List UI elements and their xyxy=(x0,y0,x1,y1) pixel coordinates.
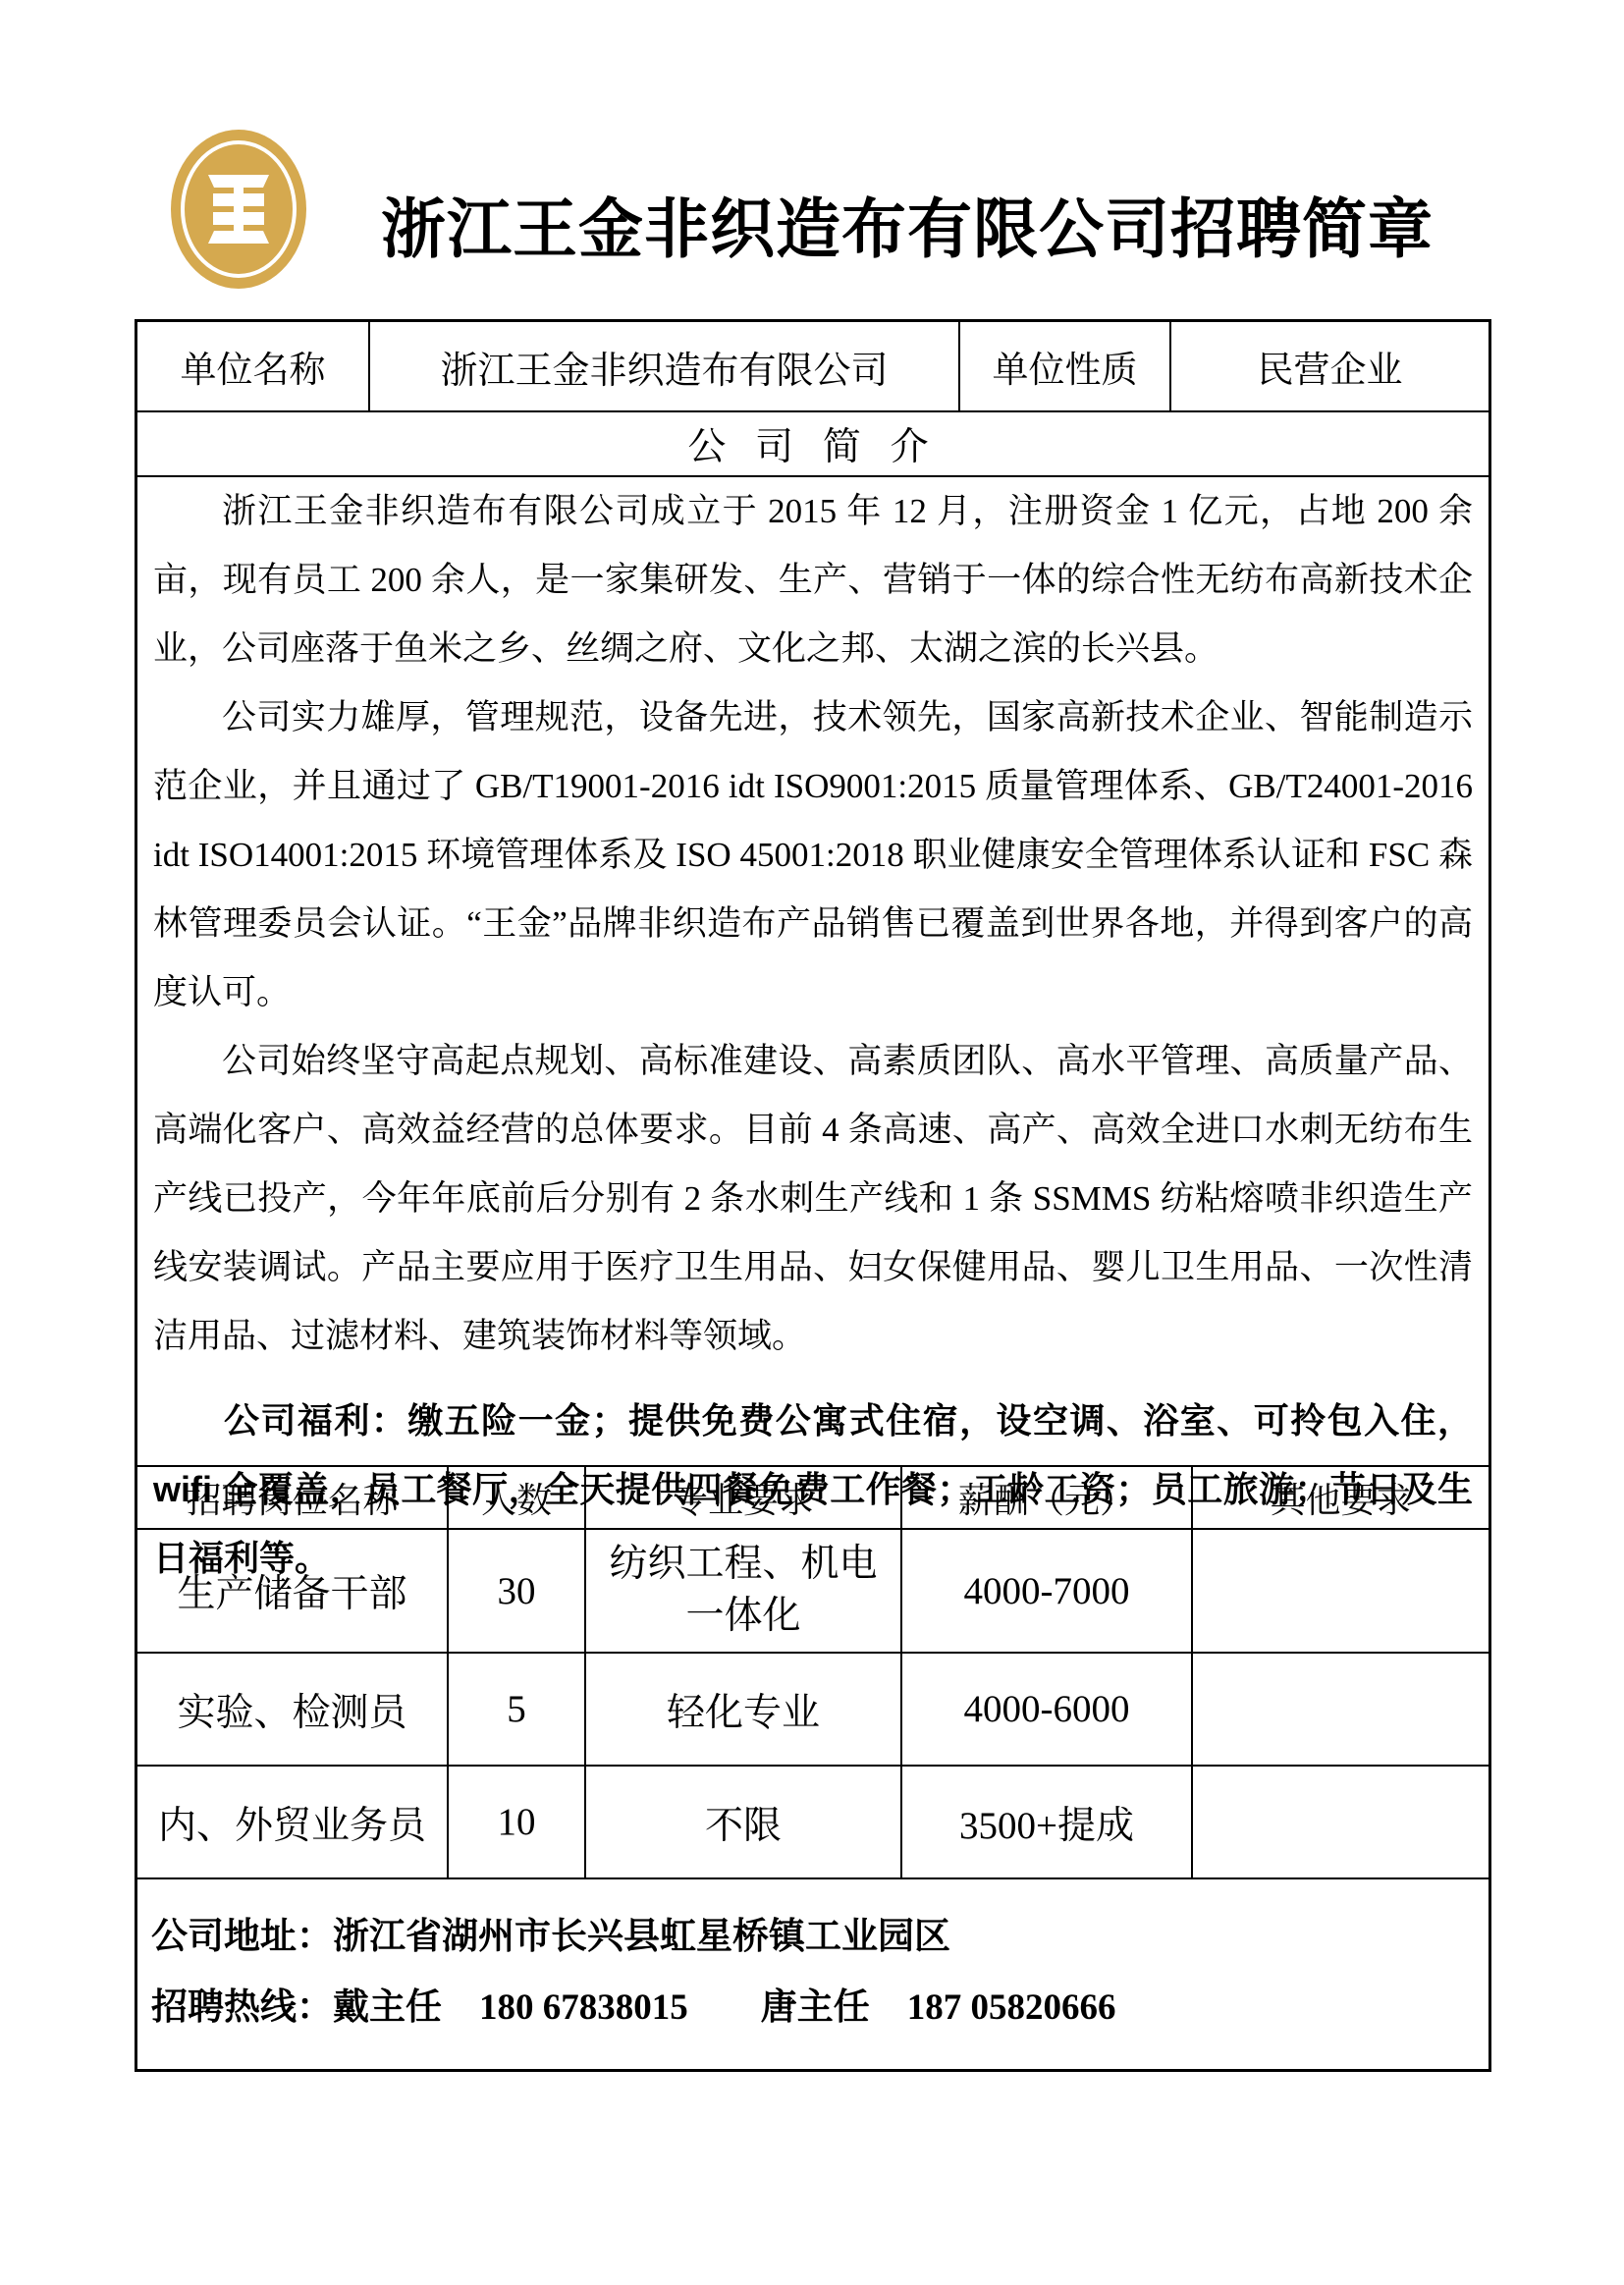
job-row: 生产储备干部 30 纺织工程、机电一体化 4000-7000 xyxy=(137,1528,1489,1652)
page-title: 浙江王金非织造布有限公司招聘简章 xyxy=(381,192,1373,267)
unit-type-label: 单位性质 xyxy=(958,322,1169,410)
document-page: 浙江王金非织造布有限公司招聘简章 单位名称 浙江王金非织造布有限公司 单位性质 … xyxy=(0,0,1624,2285)
recruitment-hotline-line: 招聘热线：戴主任180 67838015唐主任187 05820666 xyxy=(151,1972,1473,2043)
job-position-cell: 生产储备干部 xyxy=(137,1530,447,1652)
hotline-label: 招聘热线： xyxy=(151,1986,333,2027)
job-major-cell: 纺织工程、机电一体化 xyxy=(584,1530,900,1652)
jobs-header-count: 人数 xyxy=(447,1467,584,1528)
job-salary-cell: 4000-6000 xyxy=(900,1654,1191,1765)
job-other-cell xyxy=(1191,1767,1489,1877)
company-intro-row: 浙江王金非织造布有限公司成立于 2015 年 12 月，注册资金 1 亿元，占地… xyxy=(137,475,1489,1465)
job-other-cell xyxy=(1191,1654,1489,1765)
job-count-cell: 30 xyxy=(447,1530,584,1652)
wang-seal-icon xyxy=(169,128,308,291)
job-count-cell: 5 xyxy=(447,1654,584,1765)
section-header-row: 公 司 简 介 xyxy=(137,410,1489,475)
contact2-name: 唐主任 xyxy=(761,1986,870,2027)
footer-cell: 公司地址：浙江省湖州市长兴县虹星桥镇工业园区 招聘热线：戴主任180 67838… xyxy=(137,1879,1489,2069)
address-label: 公司地址： xyxy=(151,1916,333,1956)
job-row: 内、外贸业务员 10 不限 3500+提成 xyxy=(137,1765,1489,1877)
job-salary-cell: 4000-7000 xyxy=(900,1530,1191,1652)
address-value: 浙江省湖州市长兴县虹星桥镇工业园区 xyxy=(333,1916,950,1956)
unit-info-row: 单位名称 浙江王金非织造布有限公司 单位性质 民营企业 xyxy=(137,322,1489,410)
unit-name-label: 单位名称 xyxy=(137,322,368,410)
intro-paragraph-2: 公司实力雄厚，管理规范，设备先进，技术领先，国家高新技术企业、智能制造示范企业，… xyxy=(153,683,1473,1027)
jobs-header-salary: 薪酬（元） xyxy=(900,1467,1191,1528)
company-address-line: 公司地址：浙江省湖州市长兴县虹星桥镇工业园区 xyxy=(151,1901,1473,1972)
company-intro-cell: 浙江王金非织造布有限公司成立于 2015 年 12 月，注册资金 1 亿元，占地… xyxy=(137,477,1489,1465)
job-other-cell xyxy=(1191,1530,1489,1652)
jobs-header-position: 招聘岗位名称 xyxy=(137,1467,447,1528)
intro-paragraph-1: 浙江王金非织造布有限公司成立于 2015 年 12 月，注册资金 1 亿元，占地… xyxy=(153,477,1473,683)
job-count-cell: 10 xyxy=(447,1767,584,1877)
unit-type-value: 民营企业 xyxy=(1169,322,1489,410)
job-major-cell: 轻化专业 xyxy=(584,1654,900,1765)
job-position-cell: 实验、检测员 xyxy=(137,1654,447,1765)
job-position-cell: 内、外贸业务员 xyxy=(137,1767,447,1877)
contact2-phone: 187 05820666 xyxy=(907,1987,1116,2028)
company-logo xyxy=(169,128,308,291)
contact1-name: 戴主任 xyxy=(333,1986,442,2027)
job-major-cell: 不限 xyxy=(584,1767,900,1877)
intro-paragraph-3: 公司始终坚守高起点规划、高标准建设、高素质团队、高水平管理、高质量产品、高端化客… xyxy=(153,1027,1473,1371)
company-intro-header: 公 司 简 介 xyxy=(137,412,1489,475)
jobs-header-row: 招聘岗位名称 人数 专业要求 薪酬（元） 其他要求 xyxy=(137,1465,1489,1528)
jobs-header-major: 专业要求 xyxy=(584,1467,900,1528)
recruitment-table: 单位名称 浙江王金非织造布有限公司 单位性质 民营企业 公 司 简 介 浙江王金… xyxy=(135,319,1491,2072)
job-salary-cell: 3500+提成 xyxy=(900,1767,1191,1877)
unit-name-value: 浙江王金非织造布有限公司 xyxy=(368,322,958,410)
contact1-phone: 180 67838015 xyxy=(479,1987,688,2028)
job-major-text: 纺织工程、机电一体化 xyxy=(600,1539,887,1642)
footer-row: 公司地址：浙江省湖州市长兴县虹星桥镇工业园区 招聘热线：戴主任180 67838… xyxy=(137,1877,1489,2069)
jobs-header-other: 其他要求 xyxy=(1191,1467,1489,1528)
job-row: 实验、检测员 5 轻化专业 4000-6000 xyxy=(137,1652,1489,1765)
